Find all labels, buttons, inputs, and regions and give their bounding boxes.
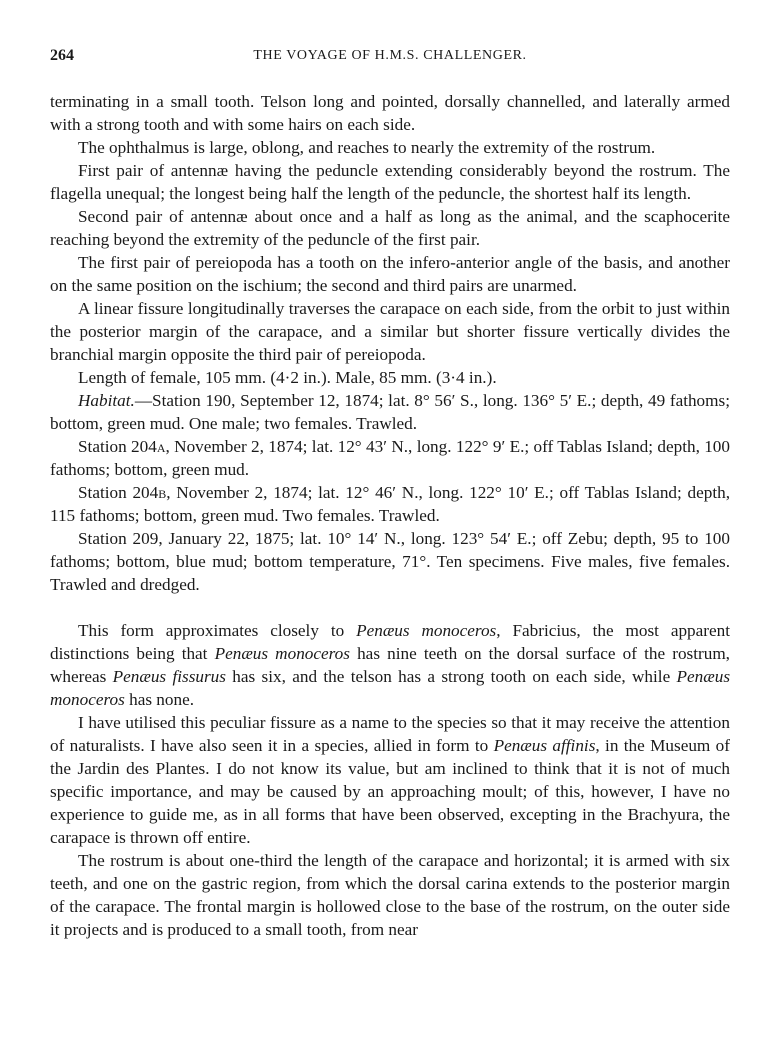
paragraph: The first pair of pereiopoda has a tooth… (50, 251, 730, 297)
running-header: 264 THE VOYAGE OF H.M.S. CHALLENGER. (50, 47, 730, 69)
paragraph: Second pair of antennæ about once and a … (50, 205, 730, 251)
text-run: Length of female, 105 mm. (4·2 in.). Mal… (78, 368, 497, 387)
small-caps-suffix: a (157, 437, 166, 456)
paragraph: This form approximates closely to Penæus… (50, 619, 730, 711)
body-text: terminating in a small tooth. Telson lon… (50, 90, 730, 941)
section-gap (50, 596, 730, 619)
text-run: Station 209, January 22, 1875; lat. 10° … (50, 529, 730, 594)
text-run: The rostrum is about one-third the lengt… (50, 851, 730, 939)
italic-term: Penæus monoceros (215, 644, 350, 663)
text-run: Station 204 (78, 483, 158, 502)
paragraph: The ophthalmus is large, oblong, and rea… (50, 136, 730, 159)
running-title: THE VOYAGE OF H.M.S. CHALLENGER. (50, 48, 730, 64)
paragraph: Habitat.—Station 190, September 12, 1874… (50, 389, 730, 435)
paragraph: I have utilised this peculiar fissure as… (50, 711, 730, 849)
text-run: has six, and the telson has a strong too… (226, 667, 677, 686)
text-run: has none. (125, 690, 194, 709)
text-run: Station 204 (78, 437, 157, 456)
text-run: First pair of antennæ having the peduncl… (50, 161, 730, 203)
paragraph: Station 204b, November 2, 1874; lat. 12°… (50, 481, 730, 527)
paragraph: Length of female, 105 mm. (4·2 in.). Mal… (50, 366, 730, 389)
text-run: This form approximates closely to (78, 621, 356, 640)
italic-term: Habitat. (78, 391, 135, 410)
paragraph: Station 204a, November 2, 1874; lat. 12°… (50, 435, 730, 481)
text-run: terminating in a small tooth. Telson lon… (50, 92, 730, 134)
paragraph: A linear fissure longitudinally traverse… (50, 297, 730, 366)
text-run: The first pair of pereiopoda has a tooth… (50, 253, 730, 295)
italic-term: Penæus fissurus (113, 667, 226, 686)
paragraph: First pair of antennæ having the peduncl… (50, 159, 730, 205)
text-run: Second pair of antennæ about once and a … (50, 207, 730, 249)
paragraph: Station 209, January 22, 1875; lat. 10° … (50, 527, 730, 596)
italic-term: Penæus monoceros (356, 621, 496, 640)
text-run: —Station 190, September 12, 1874; lat. 8… (50, 391, 730, 433)
paragraph: terminating in a small tooth. Telson lon… (50, 90, 730, 136)
paragraph: The rostrum is about one-third the lengt… (50, 849, 730, 941)
text-run: The ophthalmus is large, oblong, and rea… (78, 138, 655, 157)
text-run: A linear fissure longitudinally traverse… (50, 299, 730, 364)
italic-term: Penæus affinis (494, 736, 596, 755)
